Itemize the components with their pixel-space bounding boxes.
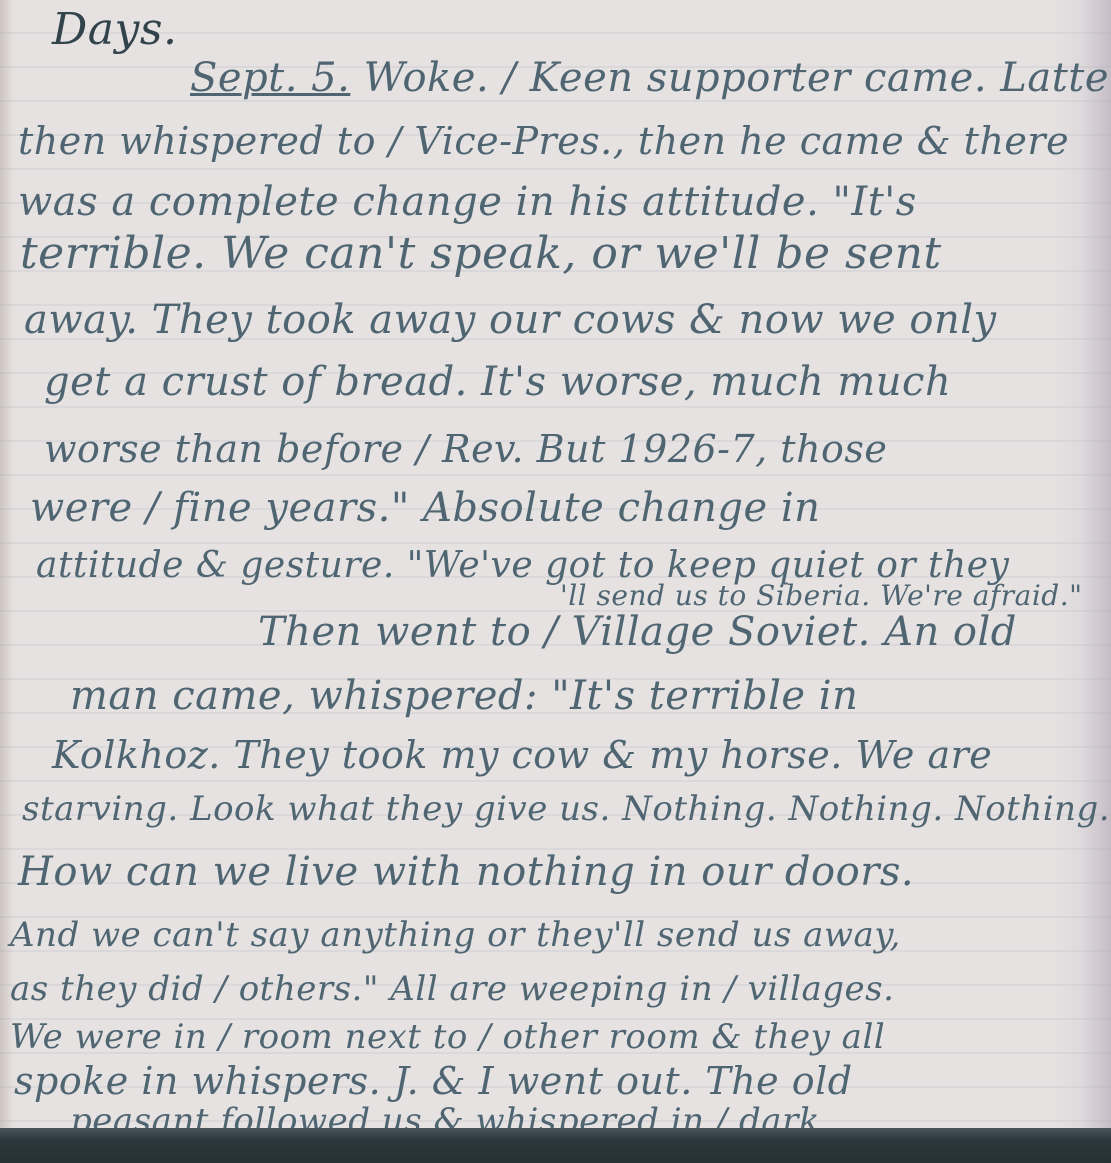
diary-line-6: get a crust of bread. It's worse, much m…	[44, 362, 951, 402]
diary-line-4: terrible. We can't speak, or we'll be se…	[20, 232, 942, 276]
entry-text: Woke. / Keen supporter came. Latter	[364, 55, 1111, 101]
diary-line-3: was a complete change in his attitude. "…	[18, 182, 917, 222]
diary-line-13: starving. Look what they give us. Nothin…	[22, 792, 1110, 826]
diary-line-11: man came, whispered: "It's terrible in	[70, 676, 858, 716]
diary-line-17: We were in / room next to / other room &…	[10, 1020, 885, 1054]
diary-line-8: were / fine years." Absolute change in	[30, 488, 820, 528]
diary-line-18: spoke in whispers. J. & I went out. The …	[14, 1062, 853, 1100]
diary-line-16: as they did / others." All are weeping i…	[10, 972, 894, 1006]
diary-line-2: then whispered to / Vice-Pres., then he …	[18, 122, 1069, 160]
diary-line-10: Then went to / Village Soviet. An old	[258, 612, 1017, 652]
diary-line-5: away. They took away our cows & now we o…	[24, 300, 997, 340]
diary-line-9b: 'll send us to Siberia. We're afraid."	[560, 582, 1083, 610]
entry-date: Sept. 5.	[190, 55, 350, 101]
diary-line-14: How can we live with nothing in our door…	[18, 852, 914, 892]
diary-line-12: Kolkhoz. They took my cow & my horse. We…	[52, 736, 992, 774]
heading-days: Days.	[52, 8, 177, 52]
diary-page: Days. Sept. 5. Woke. / Keen supporter ca…	[0, 0, 1111, 1128]
book-cover-edge	[0, 1128, 1111, 1163]
diary-line-15: And we can't say anything or they'll sen…	[10, 918, 901, 952]
diary-line-7: worse than before / Rev. But 1926-7, tho…	[44, 430, 887, 468]
diary-line-1: Sept. 5. Woke. / Keen supporter came. La…	[190, 58, 1111, 98]
